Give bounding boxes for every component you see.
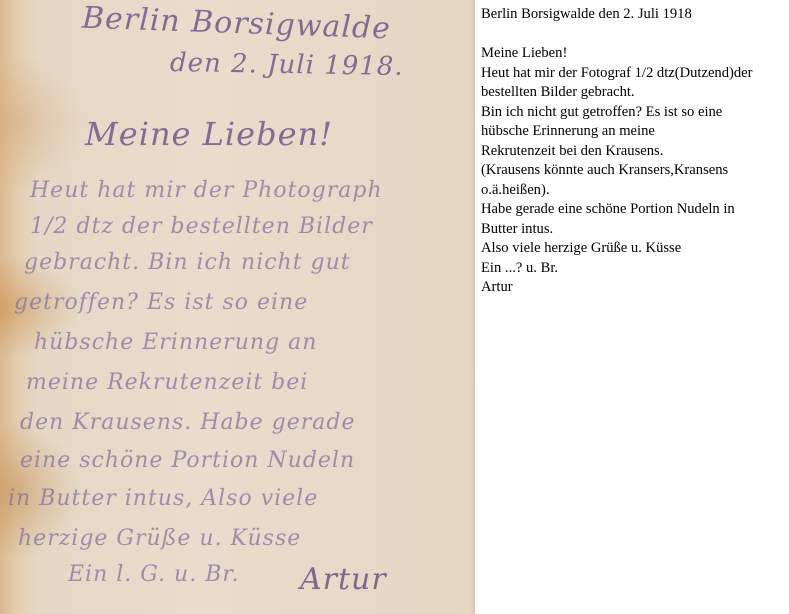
transcription-line: Butter intus.: [481, 220, 786, 240]
handwriting-signature: Artur: [300, 562, 387, 597]
transcription-line: Ein ...? u. Br.: [481, 259, 786, 279]
handwriting-line: herzige Grüße u. Küsse: [18, 526, 301, 551]
transcription-line: Also viele herzige Grüße u. Küsse: [481, 239, 786, 259]
transcription-signature: Artur: [481, 278, 786, 298]
handwriting-line: Heut hat mir der Photograph: [30, 178, 383, 203]
transcription-line: Meine Lieben!: [481, 44, 786, 64]
transcription-line: o.ä.heißen).: [481, 181, 786, 201]
transcription-line: Bin ich nicht gut getroffen? Es ist so e…: [481, 103, 786, 123]
handwriting-date: den 2. Juli 1918.: [170, 48, 404, 82]
blank-line: [481, 25, 786, 45]
transcription-text: Berlin Borsigwalde den 2. Juli 1918 Mein…: [481, 5, 786, 298]
handwriting-line: Ein l. G. u. Br.: [68, 562, 239, 587]
transcription-line: Rekrutenzeit bei den Krausens.: [481, 142, 786, 162]
handwriting-line: in Butter intus, Also viele: [8, 486, 318, 511]
handwriting-greeting: Meine Lieben!: [85, 115, 333, 153]
handwriting-place: Berlin Borsigwalde: [81, 1, 391, 47]
handwriting-line: den Krausens. Habe gerade: [20, 410, 356, 435]
transcription-header: Berlin Borsigwalde den 2. Juli 1918: [481, 5, 786, 25]
handwriting-line: hübsche Erinnerung an: [34, 330, 317, 355]
handwriting-line: 1/2 dtz der bestellten Bilder: [30, 214, 373, 239]
handwriting-line: eine schöne Portion Nudeln: [20, 448, 355, 473]
postcard-image: Berlin Borsigwalde den 2. Juli 1918. Mei…: [0, 0, 475, 614]
transcription-line: hübsche Erinnerung an meine: [481, 122, 786, 142]
transcription-line: Habe gerade eine schöne Portion Nudeln i…: [481, 200, 786, 220]
transcription-line: Heut hat mir der Fotograf 1/2 dtz(Dutzen…: [481, 64, 786, 84]
handwriting-line: getroffen? Es ist so eine: [14, 290, 308, 315]
transcription-line: (Krausens könnte auch Kransers,Kransens: [481, 161, 786, 181]
handwriting-line: meine Rekrutenzeit bei: [26, 370, 308, 395]
transcription-line: bestellten Bilder gebracht.: [481, 83, 786, 103]
handwriting-line: gebracht. Bin ich nicht gut: [24, 250, 351, 275]
